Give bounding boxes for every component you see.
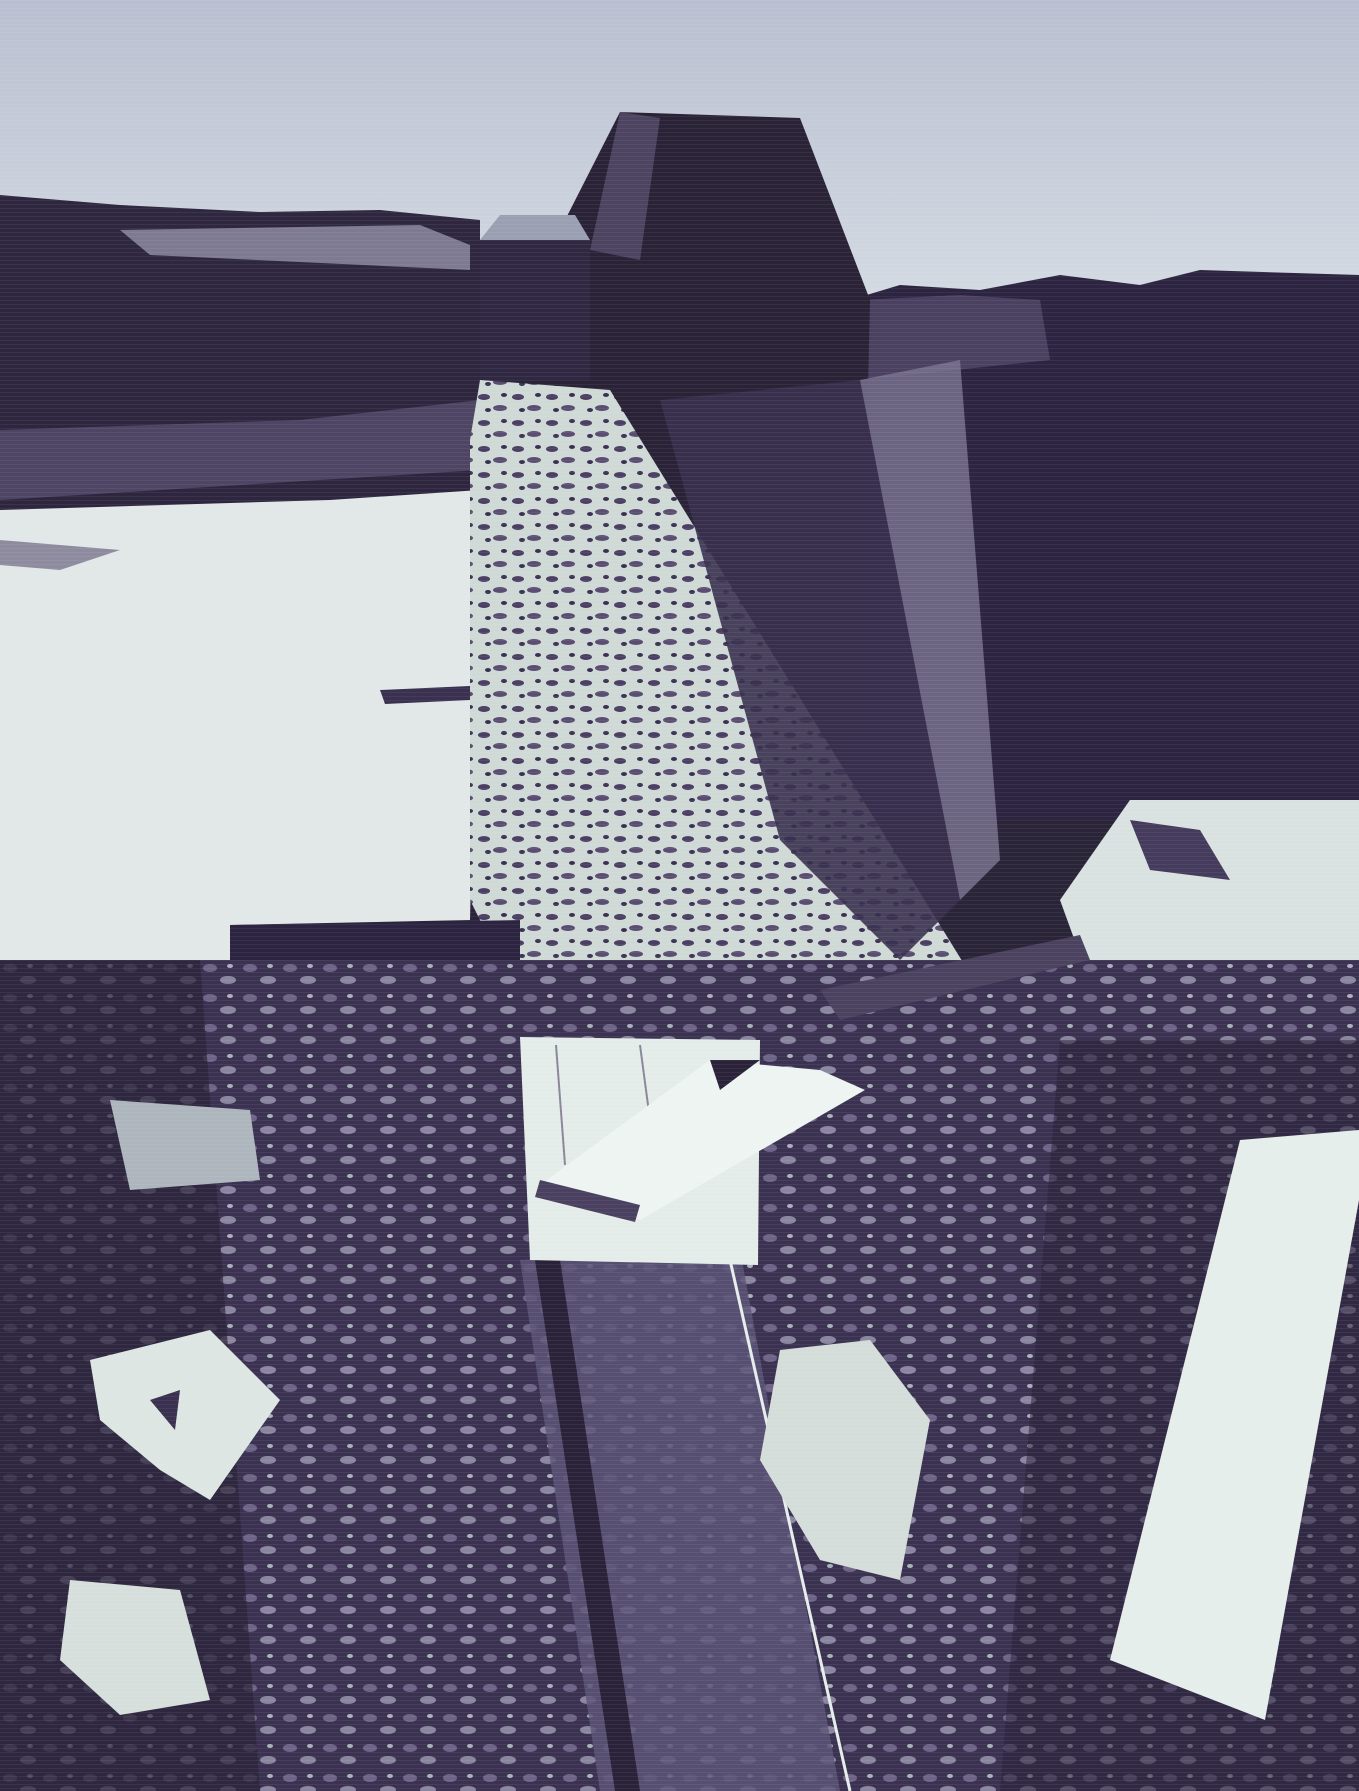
dam-photograph [0, 0, 1359, 1791]
